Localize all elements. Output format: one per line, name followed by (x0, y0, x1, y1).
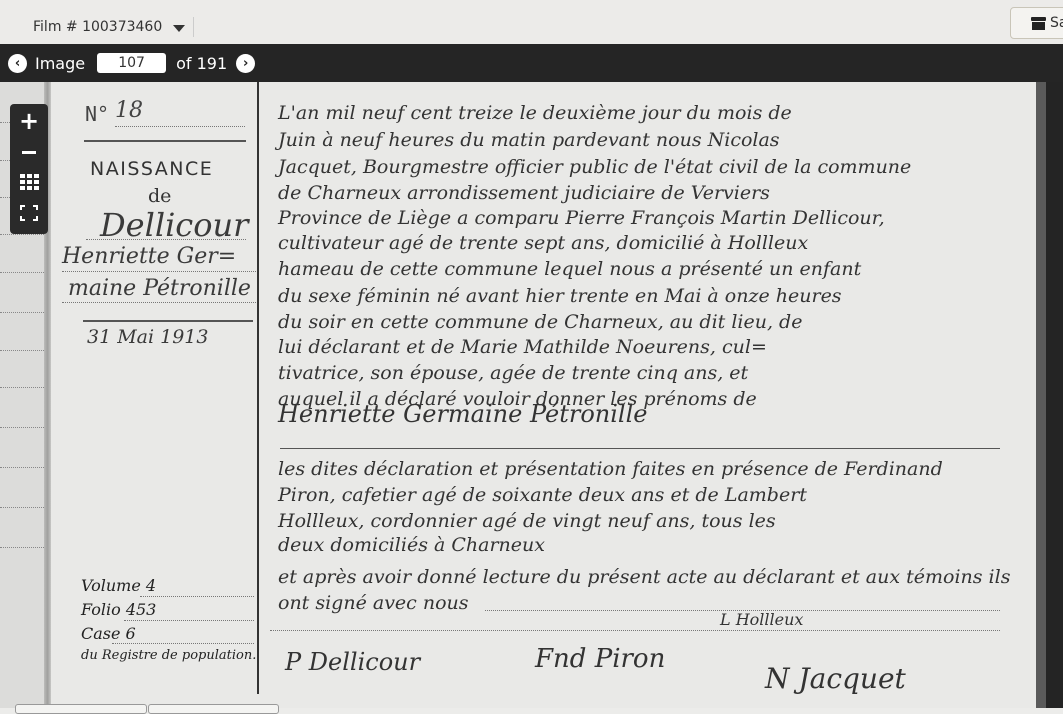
chevron-down-icon[interactable] (173, 25, 185, 32)
archive-box-icon (1031, 17, 1046, 30)
bottom-tab-2[interactable] (148, 704, 279, 708)
margin-registre: du Registre de population. (81, 648, 256, 663)
body-line: deux domiciliés à Charneux (278, 534, 545, 556)
rule (83, 320, 253, 322)
body-line: Henriette Germaine Pétronille (278, 400, 647, 428)
film-number-label: Film # 100373460 (33, 19, 162, 35)
rule (280, 448, 1000, 449)
chevron-right-circle-icon[interactable]: › (236, 54, 255, 73)
body-line: Piron, cafetier agé de soixante deux ans… (278, 484, 807, 506)
margin-given-names-2: maine Pétronille (68, 276, 251, 301)
dotted-rule (112, 643, 254, 644)
signature-witness-1: Fnd Piron (535, 644, 665, 674)
signature-officer: N Jacquet (765, 662, 906, 695)
grid-view-button[interactable] (10, 167, 48, 197)
record-number-label: N° (85, 102, 109, 126)
image-label: Image (35, 54, 85, 73)
signature-witness-2: L Hollleux (720, 610, 803, 629)
body-line: Hollleux, cordonnier agé de vingt neuf a… (278, 510, 776, 532)
body-line: cultivateur agé de trente sept ans, domi… (278, 232, 808, 254)
save-button[interactable]: Sa (1010, 7, 1063, 39)
record-type-de: de (148, 185, 171, 207)
margin-given-names-1: Henriette Ger= (62, 244, 236, 269)
body-line: les dites déclaration et présentation fa… (278, 458, 943, 480)
dotted-rule (115, 126, 245, 127)
image-number-input[interactable] (97, 53, 166, 73)
rule (84, 140, 246, 142)
divider (193, 17, 194, 37)
film-selector[interactable]: Film # 100373460 (33, 17, 194, 37)
dotted-rule (62, 271, 256, 272)
body-line: de Charneux arrondissement judiciaire de… (278, 182, 770, 204)
body-line: L'an mil neuf cent treize le deuxième jo… (278, 102, 792, 124)
margin-volume: Volume 4 (81, 576, 156, 595)
column-divider (257, 82, 259, 694)
body-line: ont signé avec nous (278, 592, 469, 614)
dotted-rule (140, 596, 254, 597)
record-type-heading: NAISSANCE (90, 158, 213, 180)
margin-date: 31 Mai 1913 (87, 326, 208, 348)
dotted-rule (270, 630, 1000, 631)
zoom-in-button[interactable]: + (10, 106, 48, 136)
minus-icon (22, 151, 36, 154)
margin-case: Case 6 (81, 624, 136, 643)
body-line: lui déclarant et de Marie Mathilde Noeur… (278, 336, 767, 358)
record-number-value: 18 (115, 98, 143, 123)
dotted-rule (62, 302, 256, 303)
plus-icon: + (19, 107, 39, 135)
top-toolbar: Film # 100373460 Sa (0, 0, 1063, 44)
signature-declarant: P Dellicour (285, 648, 420, 676)
body-line: Jacquet, Bourgmestre officier public de … (278, 156, 911, 178)
grid-view-icon (20, 174, 39, 190)
save-button-label: Sa (1050, 15, 1063, 31)
viewer-background (1046, 82, 1063, 708)
zoom-controls: + (10, 104, 48, 234)
body-line: du sexe féminin né avant hier trente en … (278, 285, 842, 307)
total-images-label: of 191 (176, 54, 227, 73)
dotted-rule (124, 620, 254, 621)
zoom-out-button[interactable] (10, 137, 48, 167)
image-navigation-bar: ‹ Image of 191 › (0, 44, 1063, 82)
body-line: et après avoir donné lecture du présent … (278, 566, 1010, 588)
fullscreen-button[interactable] (10, 198, 48, 228)
page-edge (1036, 82, 1046, 708)
bottom-tab-1[interactable] (15, 704, 147, 708)
fullscreen-icon (20, 205, 38, 221)
body-line: Juin à neuf heures du matin pardevant no… (278, 129, 780, 151)
body-line: Province de Liège a comparu Pierre Franç… (278, 207, 885, 229)
body-line: du soir en cette commune de Charneux, au… (278, 311, 802, 333)
chevron-left-circle-icon[interactable]: ‹ (8, 54, 27, 73)
dotted-rule (86, 239, 246, 240)
image-viewer[interactable]: N° 18 NAISSANCE de Dellicour Henriette G… (0, 82, 1063, 708)
body-line: tivatrice, son épouse, agée de trente ci… (278, 362, 748, 384)
margin-folio: Folio 453 (81, 600, 156, 619)
body-line: hameau de cette commune lequel nous a pr… (278, 258, 861, 280)
